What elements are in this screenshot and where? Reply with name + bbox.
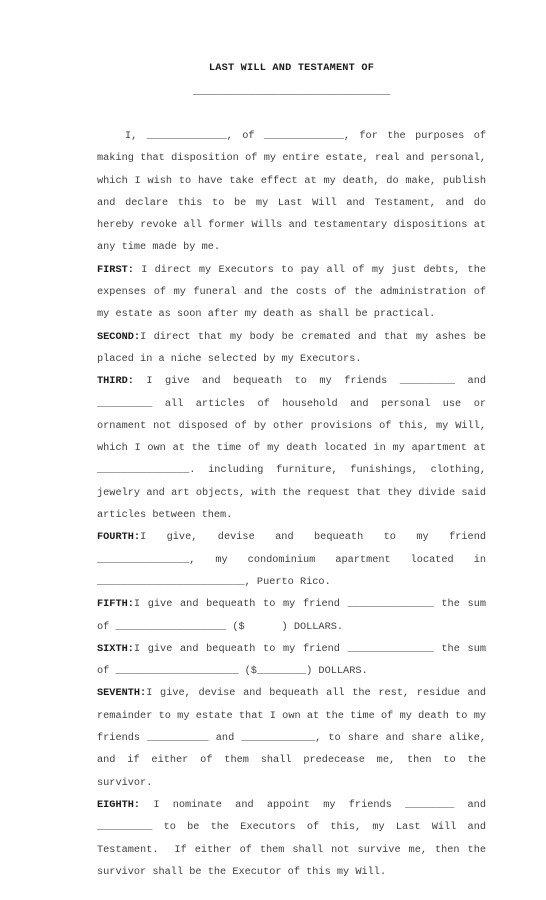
document-body: LAST WILL AND TESTAMENT OF _____________… — [97, 0, 486, 883]
paragraph-intro-text: I, _____________, of _____________, for … — [97, 130, 486, 253]
paragraph-third-label: THIRD: — [97, 375, 134, 387]
paragraph-fourth: FOURTH:I give, devise and bequeath to my… — [97, 526, 486, 593]
paragraph-fifth: FIFTH:I give and bequeath to my friend _… — [97, 593, 486, 638]
paragraph-sixth-label: SIXTH: — [97, 643, 134, 655]
paragraph-third-text: I give and bequeath to my friends ______… — [97, 375, 486, 521]
paragraph-third: THIRD: I give and bequeath to my friends… — [97, 370, 486, 526]
paragraph-eighth-label: EIGHTH: — [97, 799, 140, 811]
will-clauses: I, _____________, of _____________, for … — [97, 125, 486, 883]
paragraph-seventh-label: SEVENTH: — [97, 687, 146, 699]
paragraph-first: FIRST: I direct my Executors to pay all … — [97, 259, 486, 326]
page-title: LAST WILL AND TESTAMENT OF — [97, 62, 486, 74]
paragraph-first-label: FIRST: — [97, 264, 134, 276]
paragraph-second-label: SECOND: — [97, 331, 140, 343]
paragraph-sixth-text: I give and bequeath to my friend _______… — [97, 643, 486, 677]
paragraph-first-text: I direct my Executors to pay all of my j… — [97, 264, 486, 321]
paragraph-fourth-text: I give, devise and bequeath to my friend… — [97, 531, 486, 588]
paragraph-fifth-label: FIFTH: — [97, 598, 134, 610]
paragraph-seventh-text: I give, devise and bequeath all the rest… — [97, 687, 486, 788]
paragraph-eighth: EIGHTH: I nominate and appoint my friend… — [97, 794, 486, 883]
paragraph-fifth-text: I give and bequeath to my friend _______… — [97, 598, 486, 632]
paragraph-sixth: SIXTH:I give and bequeath to my friend _… — [97, 638, 486, 683]
paragraph-eighth-text: I nominate and appoint my friends ______… — [97, 799, 486, 878]
paragraph-seventh: SEVENTH:I give, devise and bequeath all … — [97, 682, 486, 793]
paragraph-second: SECOND:I direct that my body be cremated… — [97, 326, 486, 371]
testator-name-blank-line: ________________________________ — [97, 86, 486, 98]
paragraph-second-text: I direct that my body be cremated and th… — [97, 331, 486, 365]
paragraph-intro: I, _____________, of _____________, for … — [97, 125, 486, 259]
will-document-page: LAST WILL AND TESTAMENT OF _____________… — [0, 0, 546, 900]
paragraph-fourth-label: FOURTH: — [97, 531, 140, 543]
